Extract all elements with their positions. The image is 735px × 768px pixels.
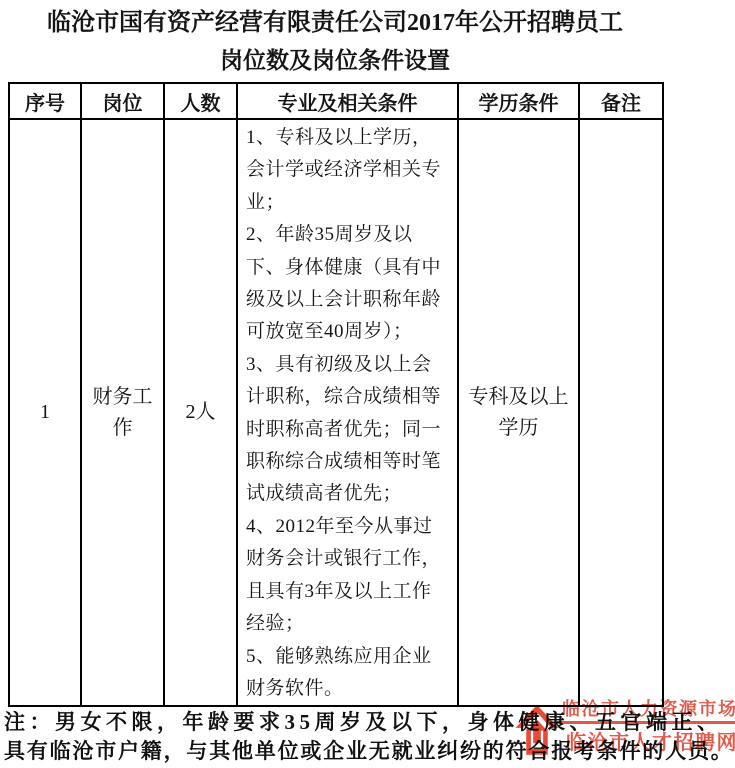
recruitment-notice-page: 临沧市国有资产经营有限责任公司2017年公开招聘员工 岗位数及岗位条件设置 序号… xyxy=(0,0,735,768)
watermark-divider xyxy=(556,721,735,724)
page-title-line1: 临沧市国有资产经营有限责任公司2017年公开招聘员工 xyxy=(8,0,662,38)
seq-cell: 1 xyxy=(9,119,81,706)
education-cell: 专科及以上 学历 xyxy=(458,119,579,706)
column-header-position: 岗位 xyxy=(81,83,164,119)
site-watermark: 临沧市人力资源市场 临沧市人才招聘网 xyxy=(510,692,735,768)
column-header-seq: 序号 xyxy=(9,83,81,119)
column-header-remark: 备注 xyxy=(579,83,663,119)
watermark-line2: 临沧市人才招聘网 xyxy=(566,726,735,755)
recruitment-table: 序号 岗位 人数 专业及相关条件 学历条件 备注 1 财务工 作 2人 1、专科… xyxy=(8,82,664,707)
position-cell: 财务工 作 xyxy=(81,119,164,706)
table-row: 1 财务工 作 2人 1、专科及以上学历， 会计学或经济学相关专 业； 2、年龄… xyxy=(9,119,663,706)
page-title-line2: 岗位数及岗位条件设置 xyxy=(8,46,662,76)
table-header-row: 序号 岗位 人数 专业及相关条件 学历条件 备注 xyxy=(9,83,663,119)
requirements-cell: 1、专科及以上学历， 会计学或经济学相关专 业； 2、年龄35周岁及以 下、身体… xyxy=(237,119,458,706)
up-arrow-shield-icon xyxy=(514,702,560,760)
watermark-line1: 临沧市人力资源市场 xyxy=(562,695,735,721)
column-header-headcount: 人数 xyxy=(164,83,237,119)
page-title: 临沧市国有资产经营有限责任公司2017年公开招聘员工 岗位数及岗位条件设置 xyxy=(8,0,662,76)
remark-cell xyxy=(579,119,663,706)
column-header-education: 学历条件 xyxy=(458,83,579,119)
column-header-requirements: 专业及相关条件 xyxy=(237,83,458,119)
headcount-cell: 2人 xyxy=(164,119,237,706)
